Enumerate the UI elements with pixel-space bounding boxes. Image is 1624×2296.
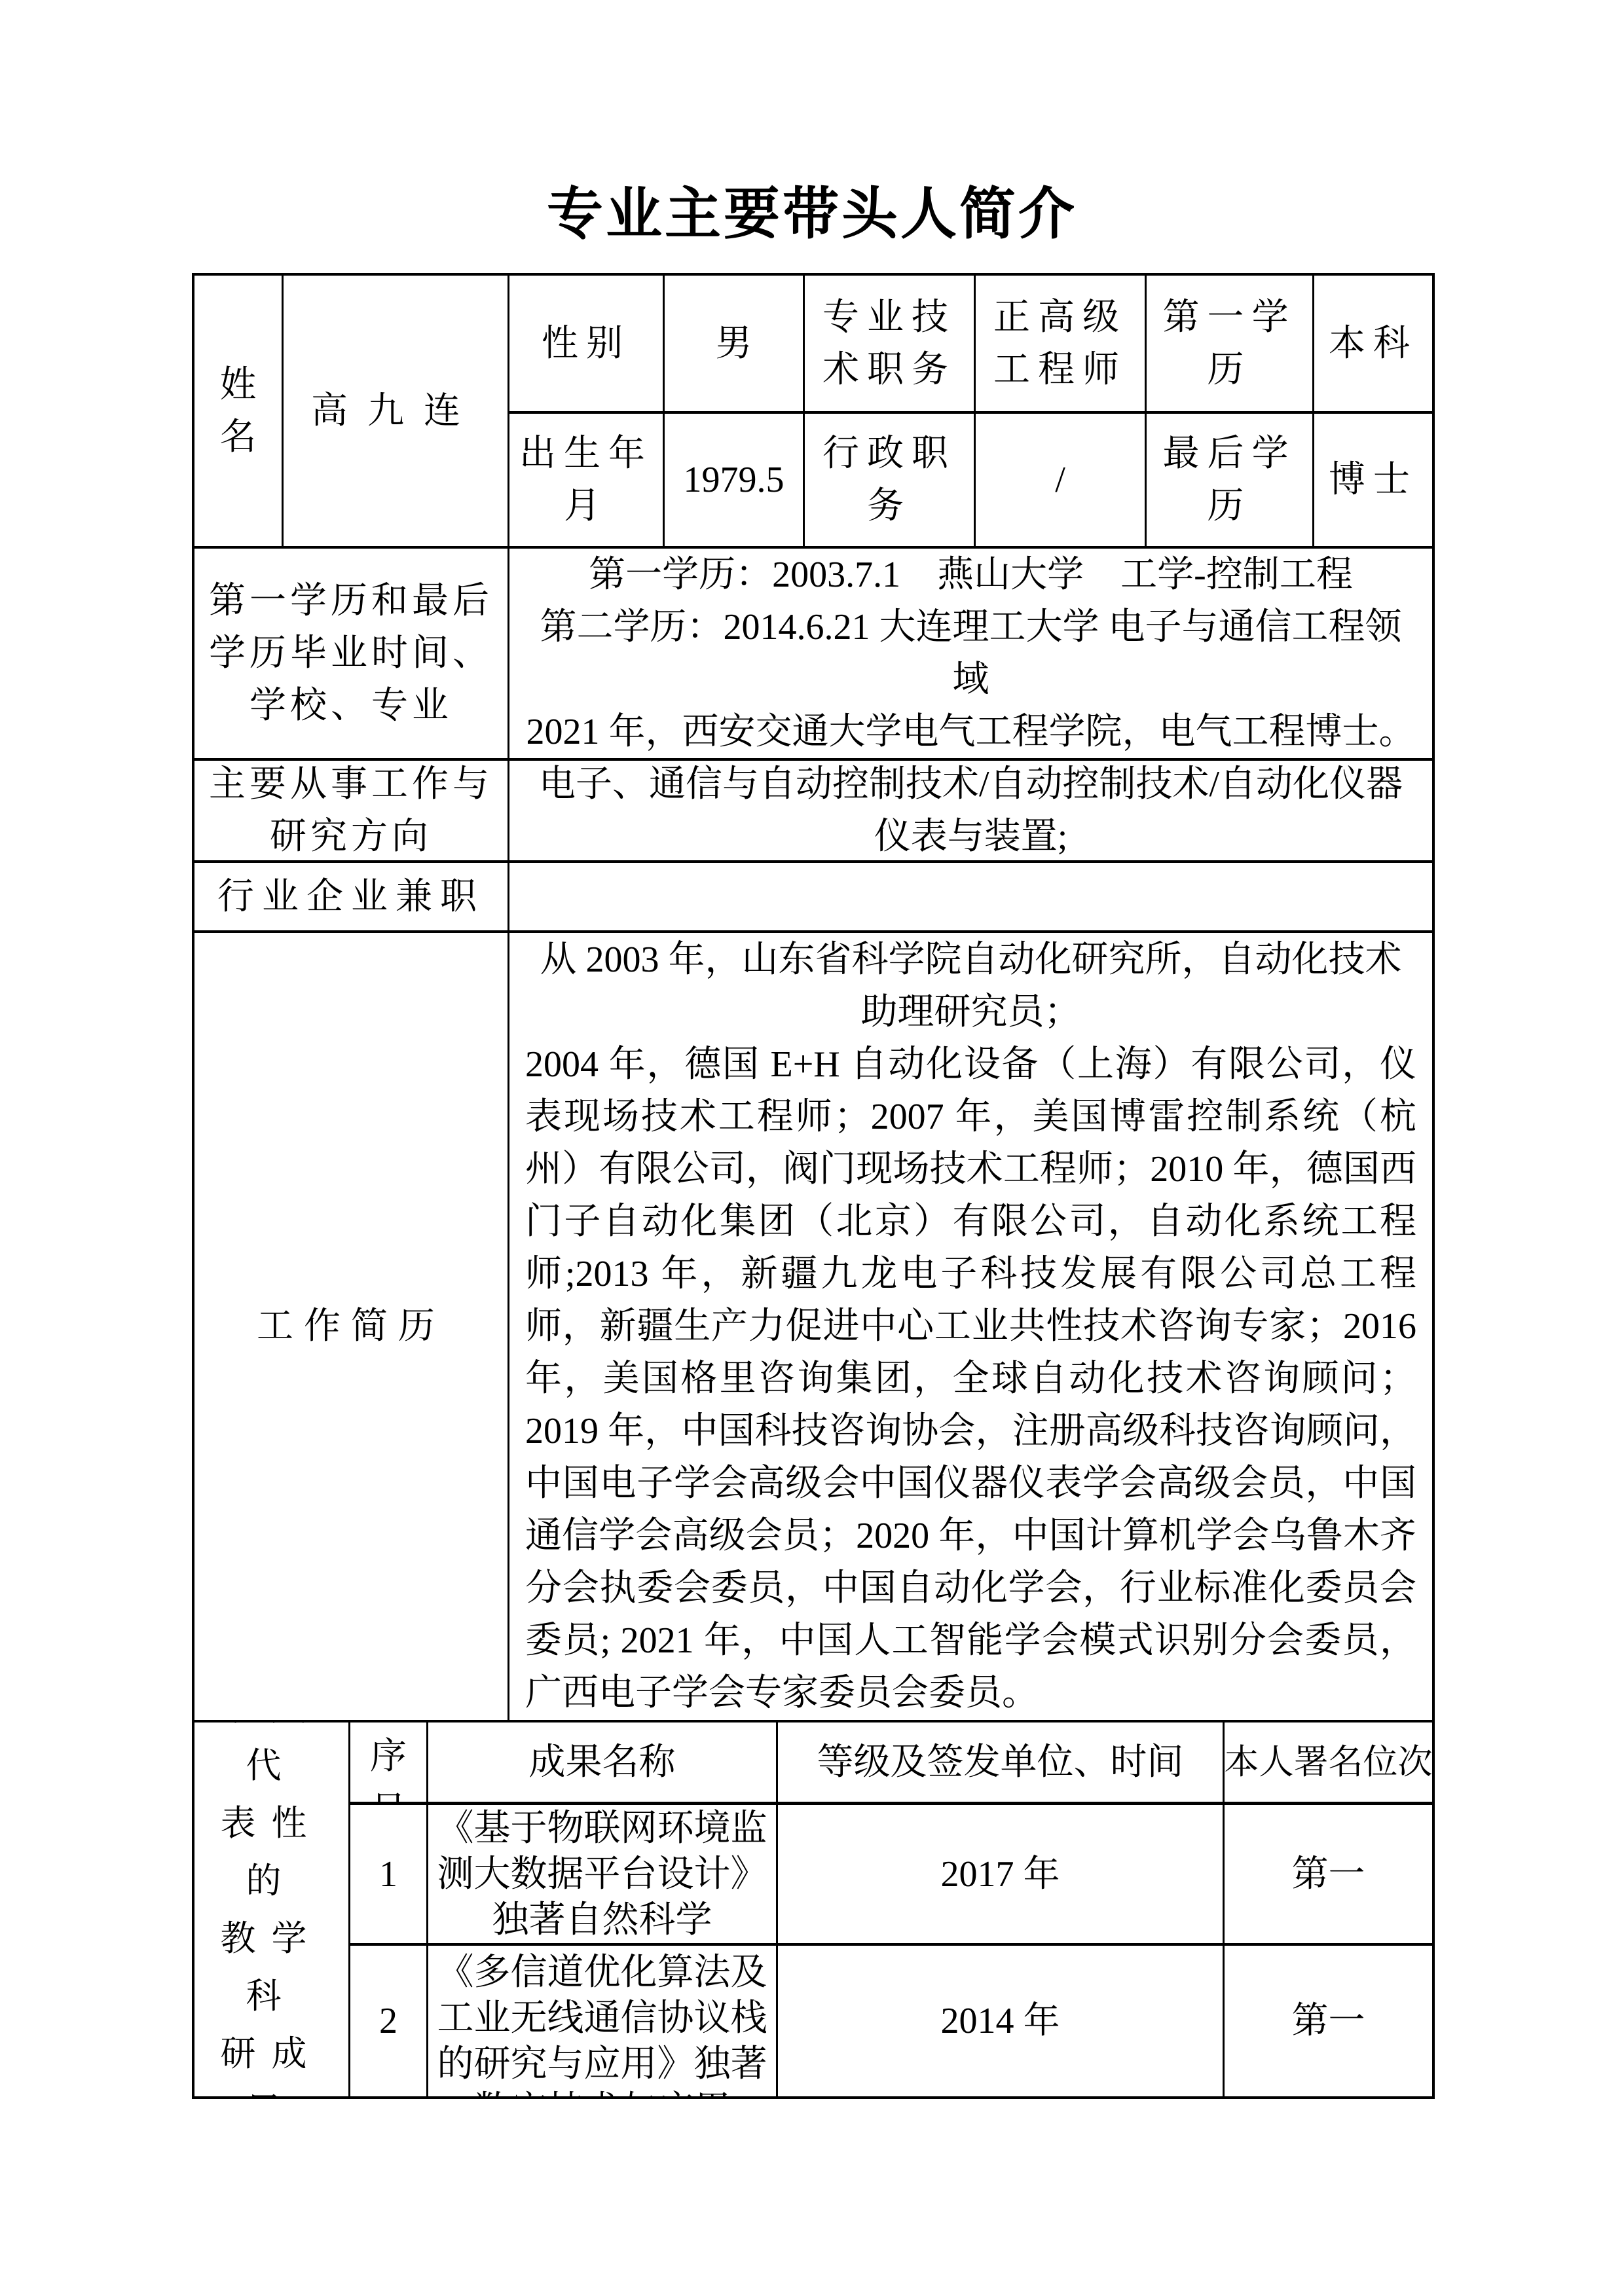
research-label-cell: 主要从事工作与 研究方向 <box>194 761 509 860</box>
achievement-row-rank: 第一 <box>1225 1805 1432 1946</box>
first-degree-label-cell: 第一学 历 <box>1147 276 1314 414</box>
career-content-cell: 从 2003 年，山东省科学院自动化研究所，自动化技术助理研究员； 2004 年… <box>509 933 1432 1720</box>
achievements-section: 最具代 表性的 教学科 研成果 序号 成果名称 等级及签发单位、时间 本人署名位… <box>194 1722 1432 2096</box>
birth-value-cell: 1979.5 <box>665 414 805 546</box>
gender-label-cell: 性别 <box>509 276 665 414</box>
achievement-row-name: 《多信道优化算法及工业无线通信协议栈的研究与应用》独著数字技术与应用 <box>428 1946 778 2096</box>
achievements-header-name: 成果名称 <box>428 1722 778 1805</box>
parttime-label-cell: 行业企业兼职 <box>194 863 509 930</box>
education-content-cell: 第一学历：2003.7.1 燕山大学 工学-控制工程 第二学历：2014.6.2… <box>509 549 1432 758</box>
parttime-content-cell <box>509 863 1432 930</box>
education-section: 第一学历和最后 学历毕业时间、 学校、专业 第一学历：2003.7.1 燕山大学… <box>194 549 1432 761</box>
admin-title-label-cell: 行政职 务 <box>805 414 976 546</box>
last-degree-label-cell: 最后学 历 <box>1147 414 1314 546</box>
page-title: 专业主要带头人简介 <box>0 178 1624 250</box>
career-paragraph-1: 从 2003 年，山东省科学院自动化研究所，自动化技术助理研究员； <box>525 934 1416 1038</box>
education-line-1: 第一学历：2003.7.1 燕山大学 工学-控制工程 <box>525 549 1416 601</box>
career-label-cell: 工作简历 <box>194 933 509 1720</box>
achievement-row-grade: 2014 年 <box>778 1946 1225 2096</box>
achievements-header-rank: 本人署名位次 <box>1225 1722 1432 1805</box>
name-label-cell: 姓 名 <box>194 276 284 546</box>
gender-value-cell: 男 <box>665 276 805 414</box>
education-line-3: 2021 年，西安交通大学电气工程学院，电气工程博士。 <box>525 706 1416 758</box>
achievements-label-cell: 最具代 表性的 教学科 研成果 <box>194 1722 350 2096</box>
last-degree-value-cell: 博士 <box>1314 414 1432 546</box>
tech-title-value-cell: 正高级 工程师 <box>976 276 1147 414</box>
achievement-row-no: 2 <box>350 1946 428 2096</box>
career-paragraph-2: 2004 年，德国 E+H 自动化设备（上海）有限公司，仪表现场技术工程师；20… <box>525 1038 1416 1719</box>
achievements-header-no: 序号 <box>350 1722 428 1805</box>
career-section: 工作简历 从 2003 年，山东省科学院自动化研究所，自动化技术助理研究员； 2… <box>194 933 1432 1722</box>
basic-info-section: 姓 名 高九连 性别 男 专业技 术职务 正高级 工程师 第一学 历 本科 出生… <box>194 276 1432 549</box>
research-section: 主要从事工作与 研究方向 电子、通信与自动控制技术/自动控制技术/自动化仪器仪表… <box>194 761 1432 863</box>
admin-title-value-cell: / <box>976 414 1147 546</box>
achievement-row-grade: 2017 年 <box>778 1805 1225 1946</box>
research-content-cell: 电子、通信与自动控制技术/自动控制技术/自动化仪器仪表与装置; <box>509 761 1432 860</box>
parttime-section: 行业企业兼职 <box>194 863 1432 933</box>
education-line-2: 第二学历：2014.6.21 大连理工大学 电子与通信工程领域 <box>525 601 1416 706</box>
achievements-header-grade: 等级及签发单位、时间 <box>778 1722 1225 1805</box>
achievement-row-no: 1 <box>350 1805 428 1946</box>
achievement-row-name: 《基于物联网环境监测大数据平台设计》独著自然科学 <box>428 1805 778 1946</box>
profile-table: 姓 名 高九连 性别 男 专业技 术职务 正高级 工程师 第一学 历 本科 出生… <box>192 273 1435 2099</box>
achievement-row-rank: 第一 <box>1225 1946 1432 2096</box>
first-degree-value-cell: 本科 <box>1314 276 1432 414</box>
education-label-cell: 第一学历和最后 学历毕业时间、 学校、专业 <box>194 549 509 758</box>
document-page: 专业主要带头人简介 姓 名 高九连 性别 男 专业技 术职务 正高级 工程师 第… <box>0 0 1624 2296</box>
name-value-cell: 高九连 <box>284 276 509 546</box>
tech-title-label-cell: 专业技 术职务 <box>805 276 976 414</box>
birth-label-cell: 出生年 月 <box>509 414 665 546</box>
research-content-text: 电子、通信与自动控制技术/自动控制技术/自动化仪器仪表与装置; <box>525 761 1416 860</box>
